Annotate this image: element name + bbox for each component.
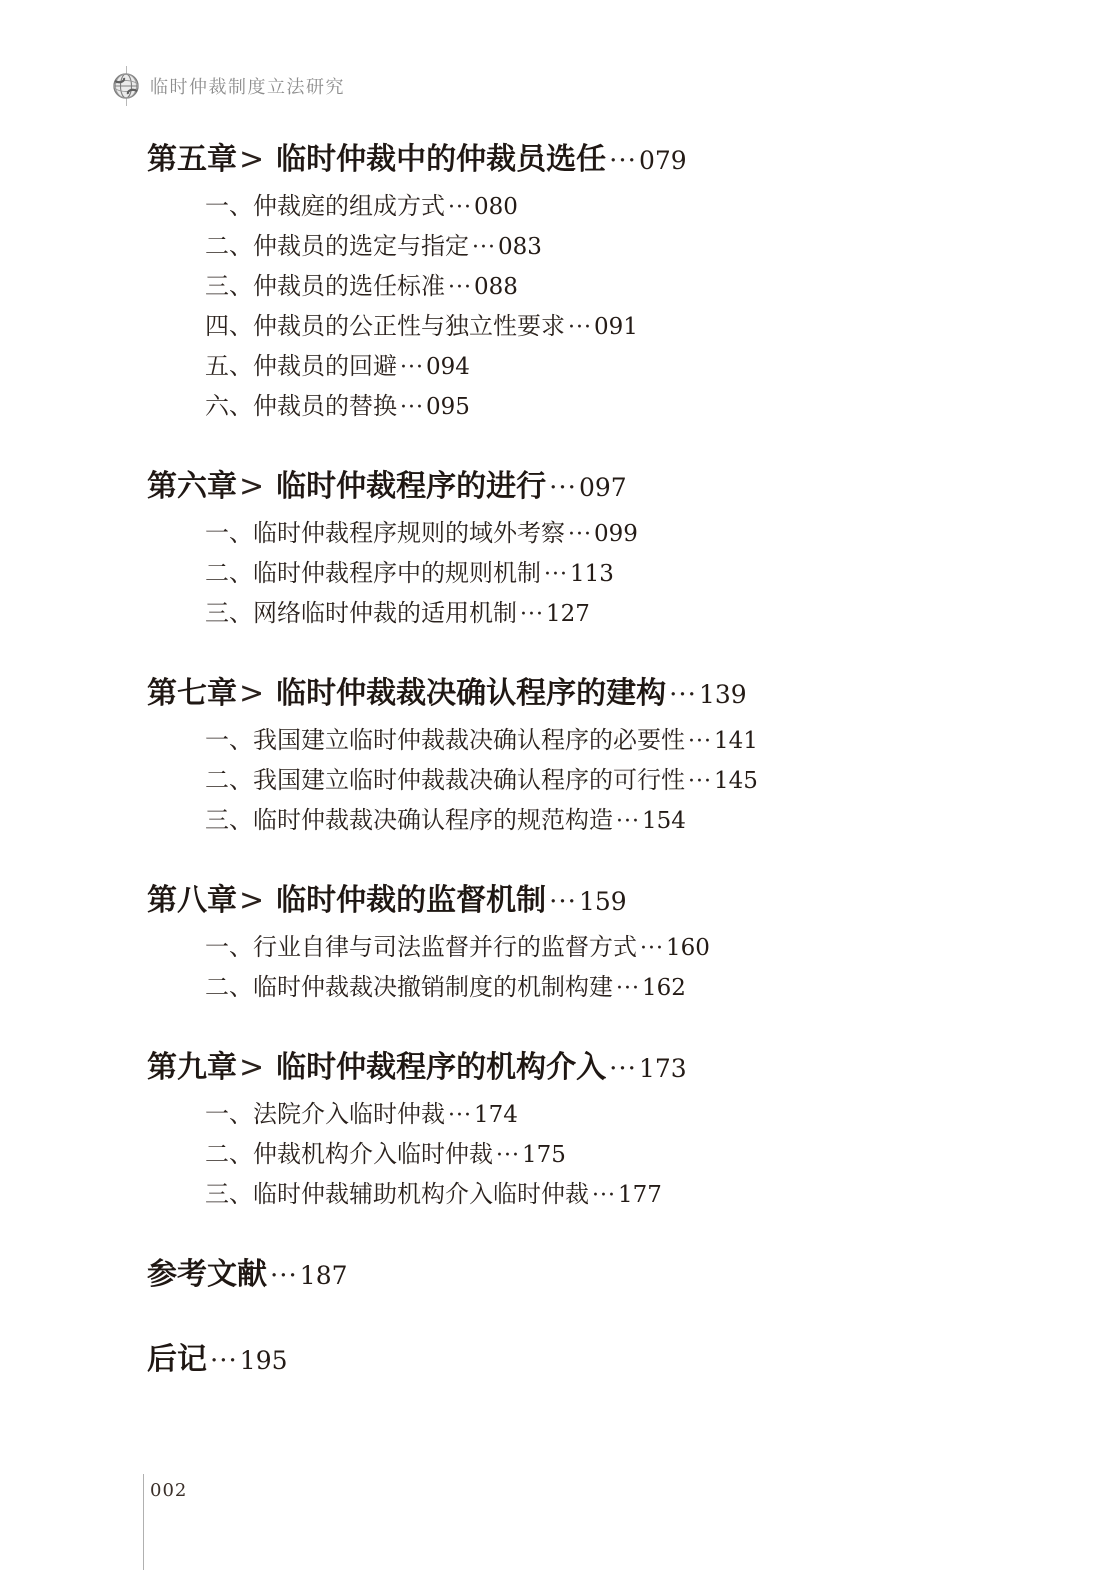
dot-leader: ··· — [688, 769, 712, 794]
item-page-number: 145 — [714, 768, 758, 794]
backmatter-page-number: 187 — [300, 1261, 348, 1290]
item-page-number: 095 — [426, 394, 470, 420]
chapter-item-list: 一、仲裁庭的组成方式···080 二、仲裁员的选定与指定···083 三、仲裁员… — [205, 187, 967, 427]
toc-chapter-9: 第九章>临时仲裁程序的机构介入···173 一、法院介入临时仲裁···174 二… — [147, 1050, 967, 1215]
item-page-number: 113 — [570, 561, 614, 587]
item-page-number: 162 — [642, 975, 686, 1001]
item-title: 一、仲裁庭的组成方式 — [205, 192, 445, 220]
item-title: 三、仲裁员的选任标准 — [205, 272, 445, 300]
item-page-number: 094 — [426, 354, 470, 380]
item-title: 一、临时仲裁程序规则的域外考察 — [205, 519, 565, 547]
toc-item: 一、我国建立临时仲裁裁决确认程序的必要性···141 — [205, 721, 967, 761]
toc-item: 二、仲裁员的选定与指定···083 — [205, 227, 967, 267]
chapter-page-number: 139 — [699, 680, 747, 709]
chapter-page-number: 159 — [579, 887, 627, 916]
item-page-number: 160 — [666, 935, 710, 961]
toc-item: 一、仲裁庭的组成方式···080 — [205, 187, 967, 227]
chapter-marker-icon: > — [239, 1050, 264, 1085]
dot-leader: ··· — [472, 235, 496, 260]
dot-leader: ··· — [544, 562, 568, 587]
globe-icon — [112, 72, 140, 100]
toc-item: 二、临时仲裁程序中的规则机制···113 — [205, 554, 967, 594]
item-page-number: 141 — [714, 728, 758, 754]
chapter-heading: 第六章>临时仲裁程序的进行···097 — [147, 469, 967, 506]
table-of-contents: 第五章>临时仲裁中的仲裁员选任···079 一、仲裁庭的组成方式···080 二… — [147, 142, 967, 1379]
dot-leader: ··· — [448, 275, 472, 300]
item-page-number: 099 — [594, 521, 638, 547]
chapter-heading: 第七章>临时仲裁裁决确认程序的建构···139 — [147, 676, 967, 713]
chapter-heading: 第九章>临时仲裁程序的机构介入···173 — [147, 1050, 967, 1087]
item-page-number: 175 — [522, 1142, 566, 1168]
chapter-heading: 第五章>临时仲裁中的仲裁员选任···079 — [147, 142, 967, 179]
toc-item: 二、临时仲裁裁决撤销制度的机制构建···162 — [205, 968, 967, 1008]
toc-item: 三、网络临时仲裁的适用机制···127 — [205, 594, 967, 634]
dot-leader: ··· — [616, 976, 640, 1001]
dot-leader: ··· — [592, 1183, 616, 1208]
item-page-number: 127 — [546, 601, 590, 627]
dot-leader: ··· — [520, 602, 544, 627]
chapter-title: 临时仲裁裁决确认程序的建构 — [276, 676, 666, 711]
dot-leader: ··· — [448, 1103, 472, 1128]
backmatter-title: 后记 — [147, 1342, 207, 1377]
dot-leader: ··· — [270, 1261, 298, 1291]
item-title: 二、仲裁机构介入临时仲裁 — [205, 1140, 493, 1168]
toc-chapter-7: 第七章>临时仲裁裁决确认程序的建构···139 一、我国建立临时仲裁裁决确认程序… — [147, 676, 967, 841]
chapter-number: 第五章 — [147, 142, 237, 177]
dot-leader: ··· — [609, 146, 637, 176]
chapter-item-list: 一、临时仲裁程序规则的域外考察···099 二、临时仲裁程序中的规则机制···1… — [205, 514, 967, 634]
dot-leader: ··· — [568, 315, 592, 340]
item-page-number: 174 — [474, 1102, 518, 1128]
backmatter-references-heading: 参考文献···187 — [147, 1257, 967, 1294]
item-title: 六、仲裁员的替换 — [205, 392, 397, 420]
backmatter-title: 参考文献 — [147, 1257, 267, 1292]
running-header: 临时仲裁制度立法研究 — [112, 72, 345, 100]
toc-item: 二、仲裁机构介入临时仲裁···175 — [205, 1135, 967, 1175]
toc-item: 五、仲裁员的回避···094 — [205, 347, 967, 387]
chapter-number: 第七章 — [147, 676, 237, 711]
chapter-page-number: 173 — [639, 1054, 687, 1083]
item-title: 一、法院介入临时仲裁 — [205, 1100, 445, 1128]
dot-leader: ··· — [669, 680, 697, 710]
item-title: 三、网络临时仲裁的适用机制 — [205, 599, 517, 627]
toc-item: 六、仲裁员的替换···095 — [205, 387, 967, 427]
dot-leader: ··· — [609, 1054, 637, 1084]
toc-item: 一、临时仲裁程序规则的域外考察···099 — [205, 514, 967, 554]
dot-leader: ··· — [496, 1143, 520, 1168]
item-page-number: 091 — [594, 314, 638, 340]
chapter-item-list: 一、行业自律与司法监督并行的监督方式···160 二、临时仲裁裁决撤销制度的机制… — [205, 928, 967, 1008]
chapter-number: 第六章 — [147, 469, 237, 504]
dot-leader: ··· — [549, 887, 577, 917]
item-page-number: 154 — [642, 808, 686, 834]
dot-leader: ··· — [688, 729, 712, 754]
toc-item: 二、我国建立临时仲裁裁决确认程序的可行性···145 — [205, 761, 967, 801]
item-title: 二、临时仲裁程序中的规则机制 — [205, 559, 541, 587]
chapter-title: 临时仲裁的监督机制 — [276, 883, 546, 918]
chapter-item-list: 一、我国建立临时仲裁裁决确认程序的必要性···141 二、我国建立临时仲裁裁决确… — [205, 721, 967, 841]
item-title: 二、临时仲裁裁决撤销制度的机制构建 — [205, 973, 613, 1001]
folio-page-number: 002 — [150, 1480, 187, 1501]
dot-leader: ··· — [568, 522, 592, 547]
dot-leader: ··· — [400, 395, 424, 420]
item-title: 四、仲裁员的公正性与独立性要求 — [205, 312, 565, 340]
toc-item: 一、行业自律与司法监督并行的监督方式···160 — [205, 928, 967, 968]
toc-item: 三、仲裁员的选任标准···088 — [205, 267, 967, 307]
chapter-title: 临时仲裁程序的进行 — [276, 469, 546, 504]
backmatter-page-number: 195 — [240, 1346, 288, 1375]
chapter-item-list: 一、法院介入临时仲裁···174 二、仲裁机构介入临时仲裁···175 三、临时… — [205, 1095, 967, 1215]
toc-item: 三、临时仲裁辅助机构介入临时仲裁···177 — [205, 1175, 967, 1215]
chapter-page-number: 097 — [579, 473, 627, 502]
item-page-number: 080 — [474, 194, 518, 220]
item-title: 三、临时仲裁裁决确认程序的规范构造 — [205, 806, 613, 834]
book-title: 临时仲裁制度立法研究 — [150, 73, 345, 99]
chapter-title: 临时仲裁程序的机构介入 — [276, 1050, 606, 1085]
toc-chapter-8: 第八章>临时仲裁的监督机制···159 一、行业自律与司法监督并行的监督方式··… — [147, 883, 967, 1008]
toc-chapter-5: 第五章>临时仲裁中的仲裁员选任···079 一、仲裁庭的组成方式···080 二… — [147, 142, 967, 427]
chapter-marker-icon: > — [239, 142, 264, 177]
dot-leader: ··· — [640, 936, 664, 961]
item-page-number: 088 — [474, 274, 518, 300]
chapter-marker-icon: > — [239, 883, 264, 918]
dot-leader: ··· — [616, 809, 640, 834]
toc-chapter-6: 第六章>临时仲裁程序的进行···097 一、临时仲裁程序规则的域外考察···09… — [147, 469, 967, 634]
chapter-number: 第八章 — [147, 883, 237, 918]
toc-item: 一、法院介入临时仲裁···174 — [205, 1095, 967, 1135]
dot-leader: ··· — [400, 355, 424, 380]
item-title: 一、我国建立临时仲裁裁决确认程序的必要性 — [205, 726, 685, 754]
chapter-title: 临时仲裁中的仲裁员选任 — [276, 142, 606, 177]
item-title: 五、仲裁员的回避 — [205, 352, 397, 380]
item-title: 三、临时仲裁辅助机构介入临时仲裁 — [205, 1180, 589, 1208]
item-page-number: 177 — [618, 1182, 662, 1208]
item-title: 二、我国建立临时仲裁裁决确认程序的可行性 — [205, 766, 685, 794]
dot-leader: ··· — [549, 473, 577, 503]
item-page-number: 083 — [498, 234, 542, 260]
registration-line-bottom — [143, 1474, 144, 1570]
toc-item: 四、仲裁员的公正性与独立性要求···091 — [205, 307, 967, 347]
dot-leader: ··· — [448, 195, 472, 220]
chapter-heading: 第八章>临时仲裁的监督机制···159 — [147, 883, 967, 920]
chapter-page-number: 079 — [639, 146, 687, 175]
chapter-marker-icon: > — [239, 469, 264, 504]
chapter-marker-icon: > — [239, 676, 264, 711]
item-title: 二、仲裁员的选定与指定 — [205, 232, 469, 260]
chapter-number: 第九章 — [147, 1050, 237, 1085]
dot-leader: ··· — [210, 1346, 238, 1376]
toc-item: 三、临时仲裁裁决确认程序的规范构造···154 — [205, 801, 967, 841]
backmatter-postscript-heading: 后记···195 — [147, 1342, 967, 1379]
item-title: 一、行业自律与司法监督并行的监督方式 — [205, 933, 637, 961]
